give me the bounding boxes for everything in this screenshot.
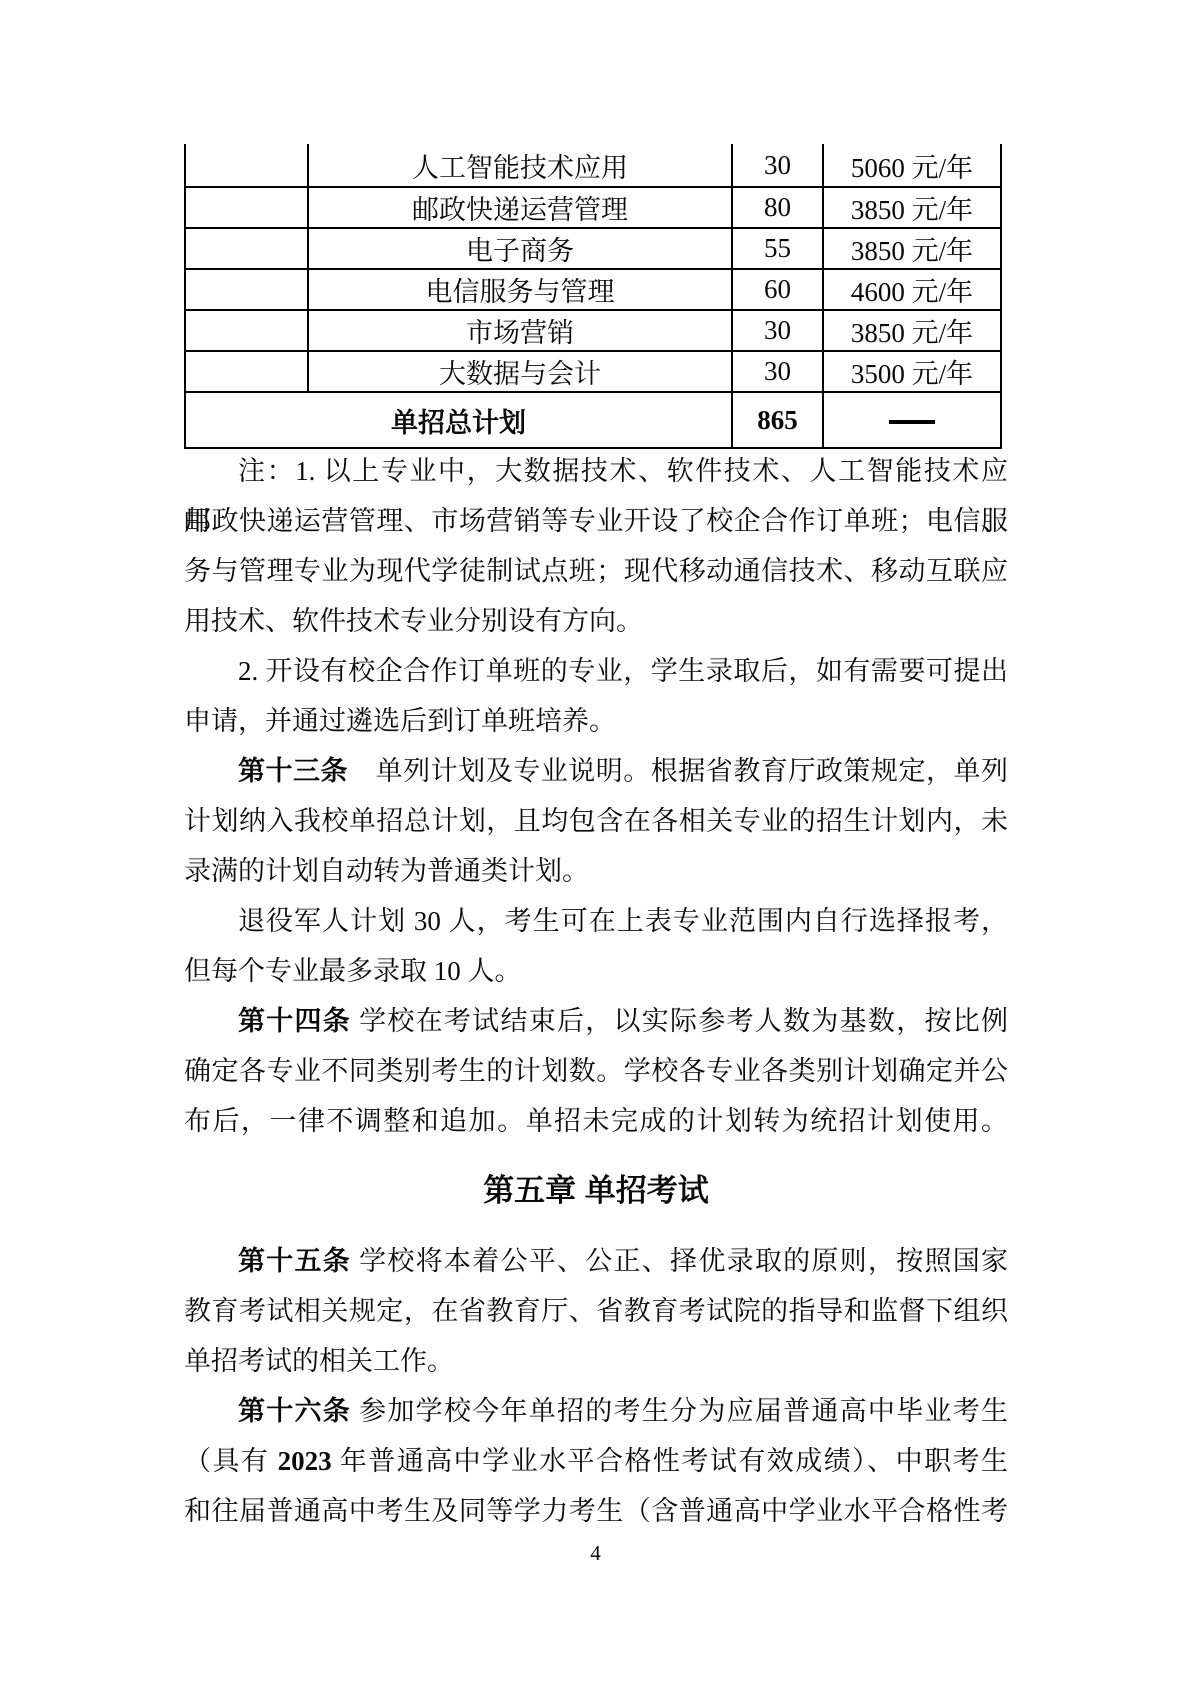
category-cell [185, 269, 308, 310]
table-row: 邮政快递运营管理 80 3850 元/年 [185, 187, 1001, 228]
total-label-cell: 单招总计划 [185, 392, 732, 448]
veteran-plan-line-2-text: 但每个专业最多录取 10 人。 [184, 956, 522, 986]
article-13-line-3-text: 录满的计划自动转为普通类计划。 [184, 856, 589, 886]
major-cell: 市场营销 [308, 310, 732, 351]
table-row: 市场营销 30 3850 元/年 [185, 310, 1001, 351]
article-15-line-2: 教育考试相关规定，在省教育厅、省教育考试院的指导和监督下组织 [184, 1286, 1008, 1336]
table-total-row: 单招总计划 865 [185, 392, 1001, 448]
table-row: 人工智能技术应用 30 5060 元/年 [185, 144, 1001, 187]
note-line-4-text: 用技术、软件技术专业分别设有方向。 [184, 606, 643, 636]
body-text-block-2: 第十五条 学校将本着公平、公正、择优录取的原则，按照国家 教育考试相关规定，在省… [184, 1236, 1008, 1536]
major-cell: 人工智能技术应用 [308, 144, 732, 187]
tuition-cell: 3850 元/年 [823, 187, 1001, 228]
count-cell: 30 [732, 310, 823, 351]
article-13-line-3: 录满的计划自动转为普通类计划。 [184, 846, 1008, 896]
article-16-text: 参加学校今年单招的考生分为应届普通高中毕业考生 [351, 1396, 1008, 1426]
article-13-text: 单列计划及专业说明。根据省教育厅政策规定，单列 [348, 756, 1008, 786]
article-16-year: 2023 [278, 1446, 332, 1476]
tuition-cell: 5060 元/年 [823, 144, 1001, 187]
note-line-1: 注：1. 以上专业中，大数据技术、软件技术、人工智能技术应用、 [184, 446, 1008, 496]
article-16-line-2-pre: （具有 [184, 1446, 278, 1476]
veteran-plan-line-2: 但每个专业最多录取 10 人。 [184, 946, 1008, 996]
article-15-line-3-text: 单招考试的相关工作。 [184, 1346, 454, 1376]
article-16-label: 第十六条 [238, 1396, 351, 1426]
article-13-line-1: 第十三条 单列计划及专业说明。根据省教育厅政策规定，单列 [184, 746, 1008, 796]
note-line-4: 用技术、软件技术专业分别设有方向。 [184, 596, 1008, 646]
major-cell: 大数据与会计 [308, 351, 732, 392]
category-cell [185, 310, 308, 351]
tuition-cell: 3850 元/年 [823, 228, 1001, 269]
article-14-line-3: 布后，一律不调整和追加。单招未完成的计划转为统招计划使用。 [184, 1096, 1008, 1146]
article-16-line-3: 和往届普通高中考生及同等学力考生（含普通高中学业水平合格性考 [184, 1486, 1008, 1536]
note-line-2: 邮政快递运营管理、市场营销等专业开设了校企合作订单班；电信服 [184, 496, 1008, 546]
article-14-line-2: 确定各专业不同类别考生的计划数。学校各专业各类别计划确定并公 [184, 1046, 1008, 1096]
category-cell [185, 144, 308, 187]
document-page: 人工智能技术应用 30 5060 元/年 邮政快递运营管理 80 3850 元/… [0, 0, 1191, 1684]
note-line-6: 申请，并通过遴选后到订单班培养。 [184, 696, 1008, 746]
article-15-label: 第十五条 [238, 1246, 351, 1276]
count-cell: 60 [732, 269, 823, 310]
tuition-cell: 3500 元/年 [823, 351, 1001, 392]
article-16-line-2-post: 年普通高中学业水平合格性考试有效成绩）、中职考生 [332, 1446, 1008, 1476]
article-15-text: 学校将本着公平、公正、择优录取的原则，按照国家 [351, 1246, 1008, 1276]
article-16-line-2: （具有 2023 年普通高中学业水平合格性考试有效成绩）、中职考生 [184, 1436, 1008, 1486]
article-15-line-1: 第十五条 学校将本着公平、公正、择优录取的原则，按照国家 [184, 1236, 1008, 1286]
total-tuition-dash [889, 420, 935, 424]
count-cell: 30 [732, 144, 823, 187]
note-line-6-text: 申请，并通过遴选后到订单班培养。 [184, 706, 616, 736]
major-cell: 邮政快递运营管理 [308, 187, 732, 228]
category-cell [185, 228, 308, 269]
article-13-label: 第十三条 [238, 756, 348, 786]
note-line-3-text: 务与管理专业为现代学徒制试点班；现代移动通信技术、移动互联应 [184, 556, 1008, 586]
count-cell: 55 [732, 228, 823, 269]
enrollment-plan-table: 人工智能技术应用 30 5060 元/年 邮政快递运营管理 80 3850 元/… [184, 144, 1002, 449]
article-14-line-3-text: 布后，一律不调整和追加。单招未完成的计划转为统招计划使用。 [184, 1106, 1008, 1136]
body-text-block: 注：1. 以上专业中，大数据技术、软件技术、人工智能技术应用、 邮政快递运营管理… [184, 446, 1008, 1146]
table-row: 电子商务 55 3850 元/年 [185, 228, 1001, 269]
veteran-plan-line-1: 退役军人计划 30 人，考生可在上表专业范围内自行选择报考， [184, 896, 1008, 946]
table-row: 大数据与会计 30 3500 元/年 [185, 351, 1001, 392]
article-14-text: 学校在考试结束后，以实际参考人数为基数，按比例 [351, 1006, 1008, 1036]
article-14-line-2-text: 确定各专业不同类别考生的计划数。学校各专业各类别计划确定并公 [184, 1056, 1008, 1086]
article-14-label: 第十四条 [238, 1006, 351, 1036]
article-14-line-1: 第十四条 学校在考试结束后，以实际参考人数为基数，按比例 [184, 996, 1008, 1046]
note-line-3: 务与管理专业为现代学徒制试点班；现代移动通信技术、移动互联应 [184, 546, 1008, 596]
article-13-line-2: 计划纳入我校单招总计划，且均包含在各相关专业的招生计划内，未 [184, 796, 1008, 846]
tuition-cell: 3850 元/年 [823, 310, 1001, 351]
article-13-line-2-text: 计划纳入我校单招总计划，且均包含在各相关专业的招生计划内，未 [184, 806, 1008, 836]
note-line-2-text: 邮政快递运营管理、市场营销等专业开设了校企合作订单班；电信服 [184, 506, 1008, 536]
count-cell: 30 [732, 351, 823, 392]
article-16-line-3-text: 和往届普通高中考生及同等学力考生（含普通高中学业水平合格性考 [184, 1496, 1008, 1526]
chapter-heading: 第五章 单招考试 [184, 1146, 1008, 1236]
category-cell [185, 351, 308, 392]
page-number: 4 [0, 1538, 1191, 1568]
category-cell [185, 187, 308, 228]
article-15-line-3: 单招考试的相关工作。 [184, 1336, 1008, 1386]
total-count-cell: 865 [732, 392, 823, 448]
major-cell: 电信服务与管理 [308, 269, 732, 310]
total-tuition-cell [823, 392, 1001, 448]
tuition-cell: 4600 元/年 [823, 269, 1001, 310]
article-16-line-1: 第十六条 参加学校今年单招的考生分为应届普通高中毕业考生 [184, 1386, 1008, 1436]
article-15-line-2-text: 教育考试相关规定，在省教育厅、省教育考试院的指导和监督下组织 [184, 1296, 1008, 1326]
veteran-plan-line-1-text: 退役军人计划 30 人，考生可在上表专业范围内自行选择报考， [238, 906, 1008, 936]
count-cell: 80 [732, 187, 823, 228]
note-line-5-text: 2. 开设有校企合作订单班的专业，学生录取后，如有需要可提出 [238, 656, 1008, 686]
table-row: 电信服务与管理 60 4600 元/年 [185, 269, 1001, 310]
major-cell: 电子商务 [308, 228, 732, 269]
note-line-5: 2. 开设有校企合作订单班的专业，学生录取后，如有需要可提出 [184, 646, 1008, 696]
